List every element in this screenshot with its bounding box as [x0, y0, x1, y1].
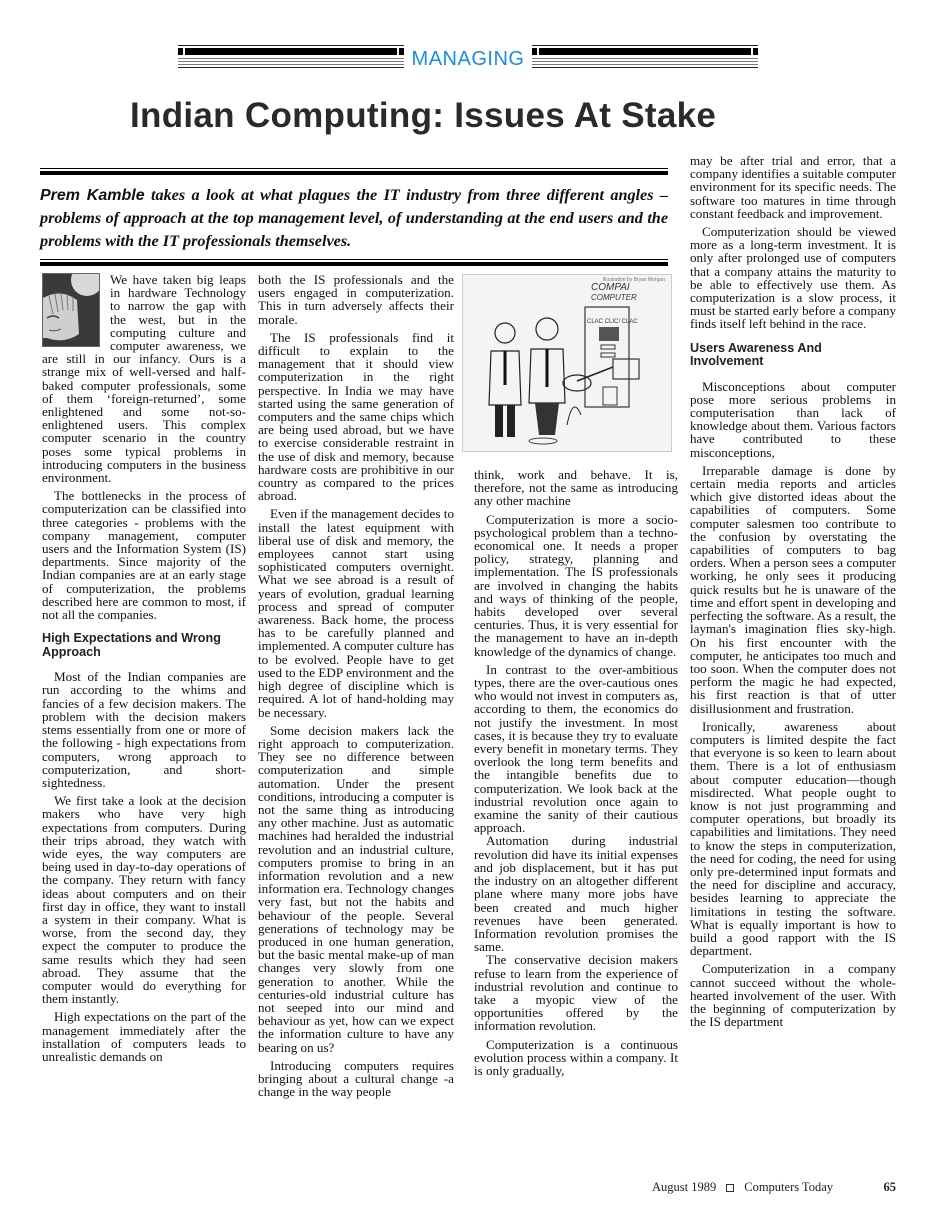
- paragraph: The IS professionals find it difficult t…: [258, 331, 454, 503]
- page-footer: August 1989 Computers Today 65: [652, 1180, 902, 1195]
- cartoon-illustration: Illustration by Bryan Morgan COMPAI COMP…: [462, 274, 672, 452]
- paragraph: think, work and behave. It is, therefore…: [474, 468, 678, 508]
- paragraph: The bottlenecks in the process of comput…: [42, 489, 246, 621]
- paragraph: Ironically, awareness about computers is…: [690, 720, 896, 958]
- deck-text: Prem Kamble takes a look at what plagues…: [40, 175, 668, 259]
- separator-square-icon: [726, 1184, 734, 1192]
- author-name: Prem Kamble: [40, 187, 145, 204]
- paragraph: In contrast to the over-ambitious types,…: [474, 663, 678, 835]
- paragraph: Misconceptions about computer pose more …: [690, 380, 896, 459]
- paragraph: Computerization is a continuous evolutio…: [474, 1038, 678, 1078]
- paragraph: Irreparable damage is done by certain me…: [690, 464, 896, 715]
- paragraph: Some decision makers lack the right appr…: [258, 724, 454, 1054]
- article-headline: Indian Computing: Issues At Stake: [130, 96, 820, 136]
- header-rule-left: [178, 45, 404, 73]
- article-column-3: think, work and behave. It is, therefore…: [474, 468, 678, 1082]
- subheading: High Expectations and Wrong Approach: [42, 632, 246, 659]
- author-portrait-image: [42, 273, 100, 347]
- paragraph: Even if the management decides to instal…: [258, 507, 454, 718]
- paragraph: Computerization is more a socio-psycholo…: [474, 513, 678, 658]
- section-header: MANAGING: [178, 44, 758, 74]
- cartoon-drawing-icon: CLAC CLIC! CLAC: [463, 275, 671, 451]
- subheading: Users Awareness And Involvement: [690, 342, 896, 369]
- paragraph: Computerization should be viewed more as…: [690, 225, 896, 331]
- paragraph: The conservative decision makers refuse …: [474, 953, 678, 1032]
- paragraph: High expectations on the part of the man…: [42, 1010, 246, 1063]
- paragraph: Computerization in a company cannot succ…: [690, 962, 896, 1028]
- paragraph: Most of the Indian companies are run acc…: [42, 670, 246, 789]
- issue-date: August 1989: [652, 1180, 716, 1195]
- page-number: 65: [884, 1180, 897, 1195]
- article-column-4: may be after trial and error, that a com…: [690, 154, 896, 1033]
- article-deck: Prem Kamble takes a look at what plagues…: [40, 168, 668, 266]
- paragraph: may be after trial and error, that a com…: [690, 154, 896, 220]
- section-label: MANAGING: [404, 45, 533, 73]
- paragraph: Introducing computers requires bringing …: [258, 1059, 454, 1099]
- header-rule-right: [532, 45, 758, 73]
- portrait-illustration-icon: [43, 274, 99, 346]
- publication-name: Computers Today: [744, 1180, 833, 1195]
- article-column-1: We have taken big leaps in hardware Tech…: [42, 273, 246, 1068]
- article-column-2: both the IS professionals and the users …: [258, 273, 454, 1103]
- paragraph: Automation during industrial revolution …: [474, 834, 678, 953]
- paragraph: We first take a look at the decision mak…: [42, 794, 246, 1005]
- paragraph: both the IS professionals and the users …: [258, 273, 454, 326]
- sound-effect: CLAC CLIC! CLAC: [587, 319, 638, 325]
